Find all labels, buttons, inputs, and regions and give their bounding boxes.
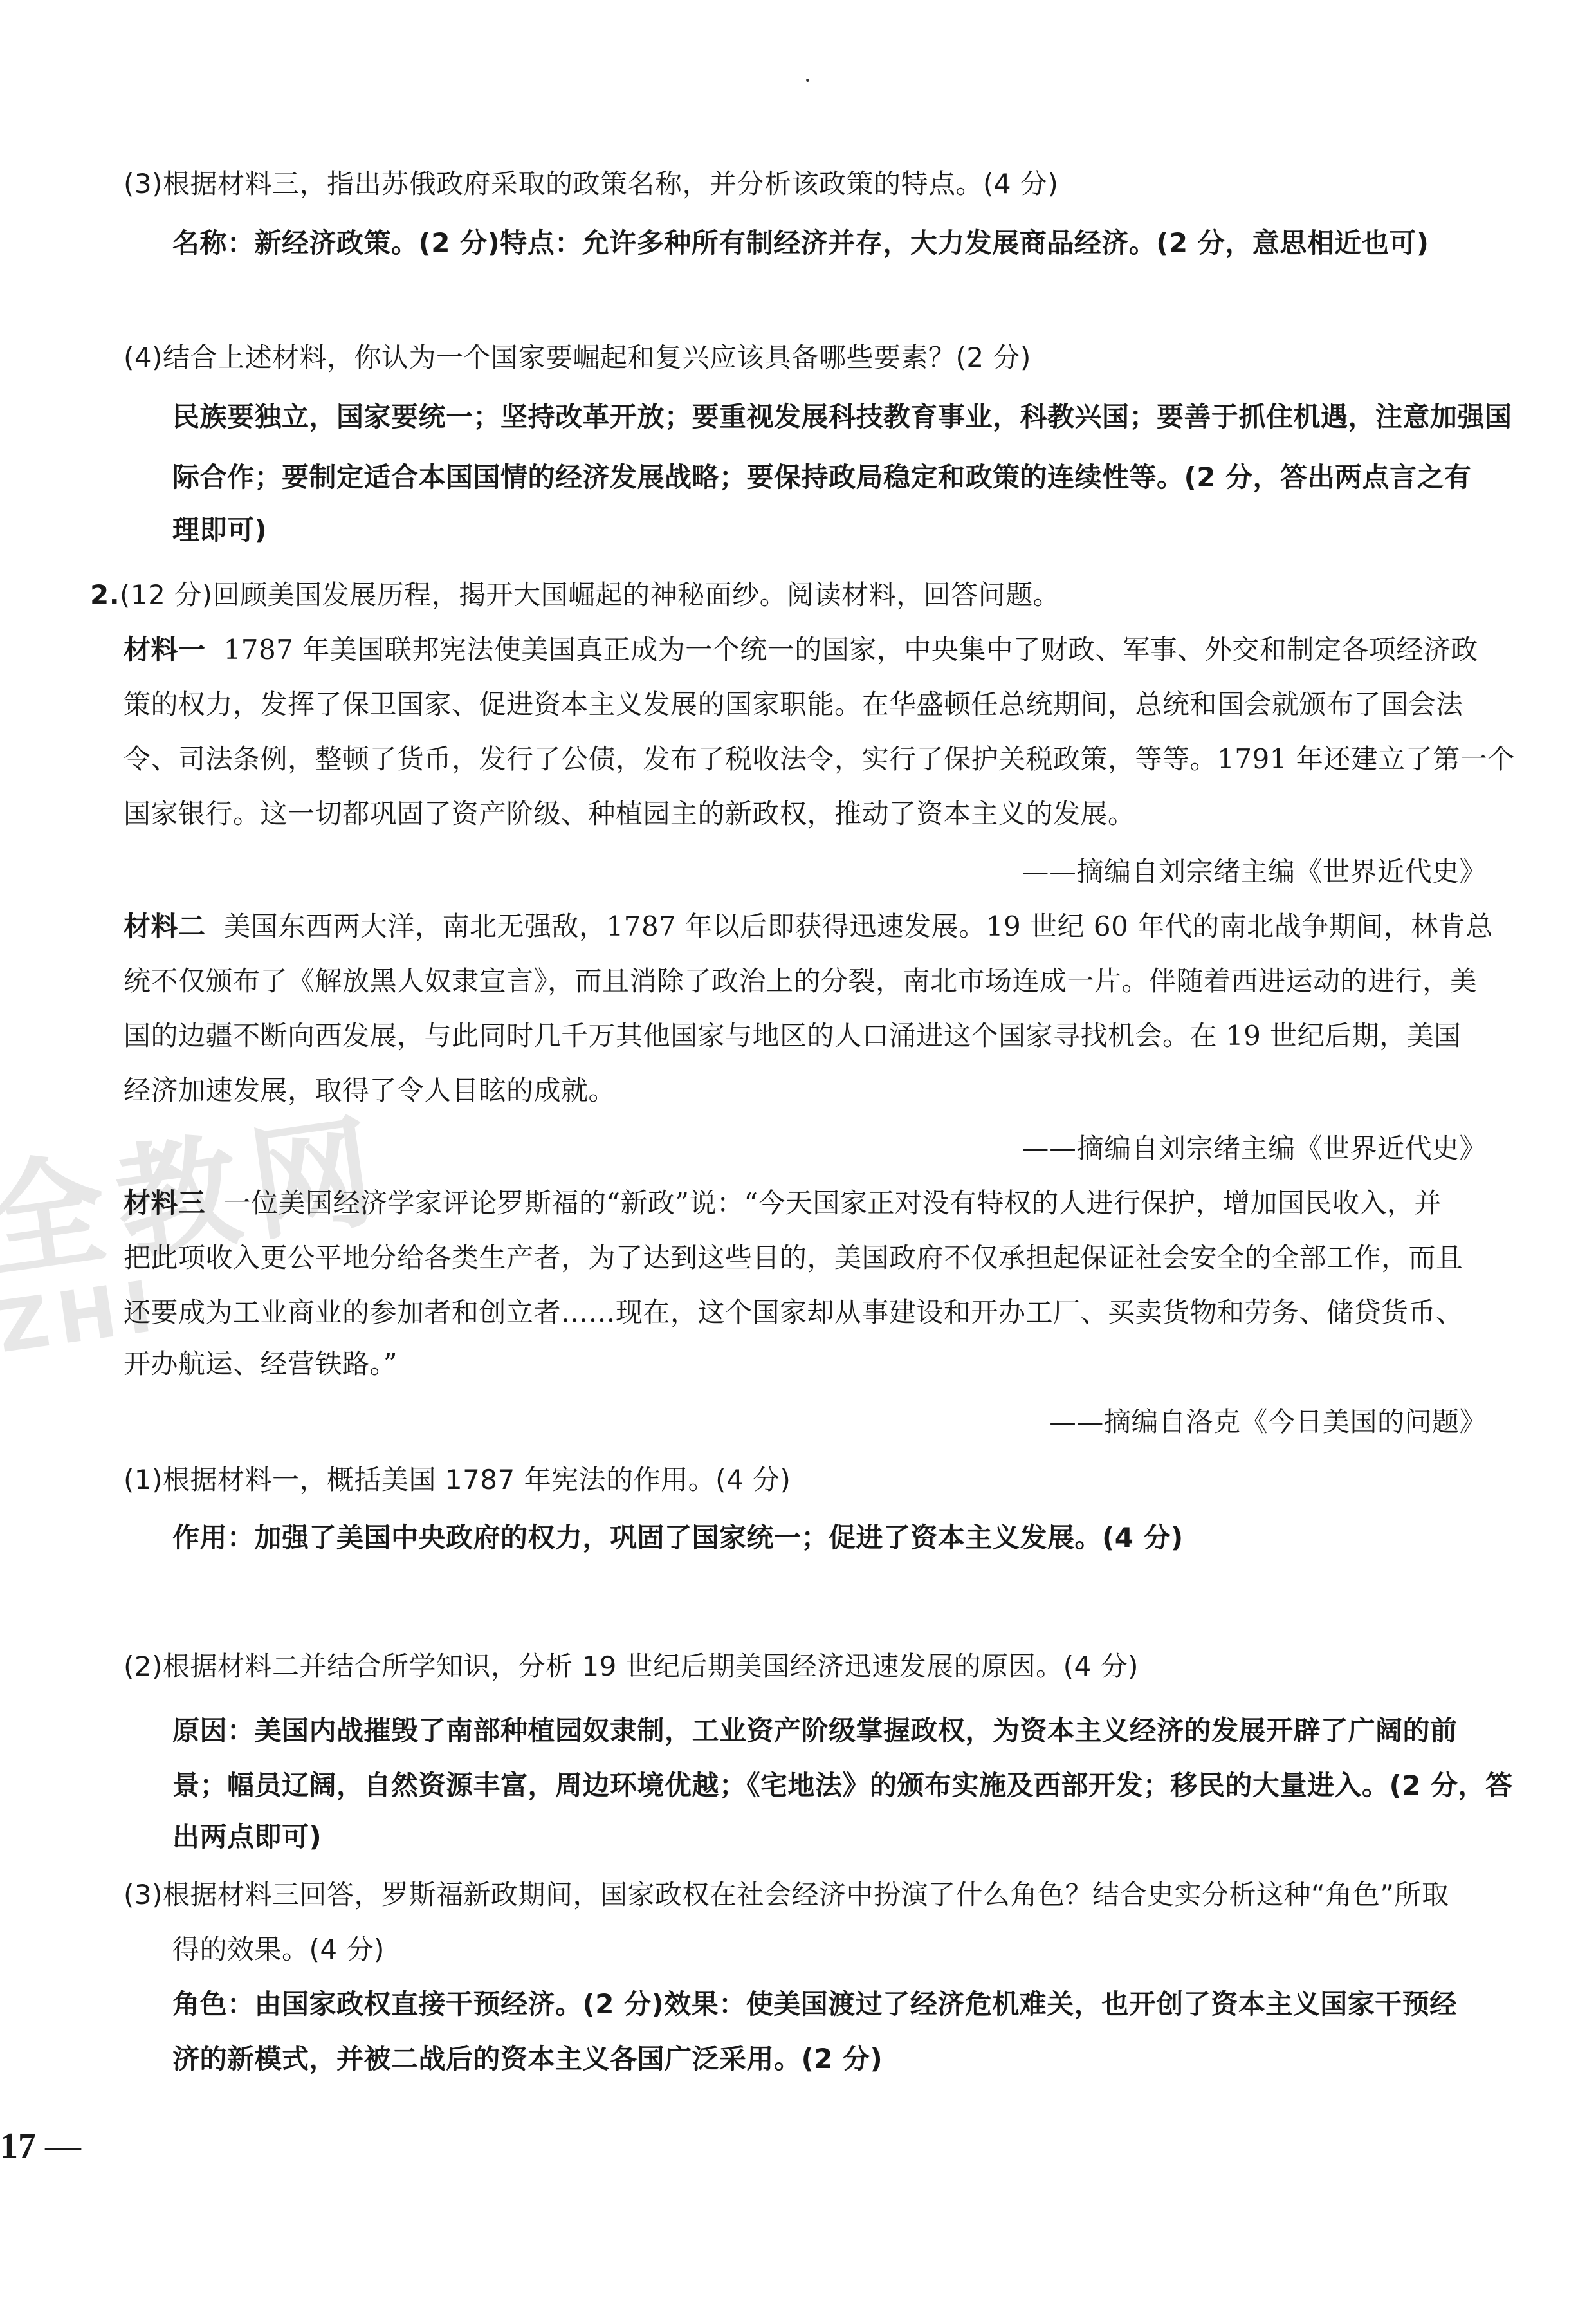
material-2-citation: ——摘编自刘宗绪主编《世界近代史》 [1022, 1131, 1487, 1167]
exam-page: 全教网 ZHI (3)根据材料三，指出苏俄政府采取的政策名称，并分析该政策的特点… [0, 0, 1596, 2310]
subquestion-3-prompt-line-1: (3)根据材料三回答，罗斯福新政期间，国家政权在社会经济中扮演了什么角色？结合史… [124, 1877, 1449, 1913]
material-1-citation: ——摘编自刘宗绪主编《世界近代史》 [1022, 854, 1487, 890]
material-1-line-4: 国家银行。这一切都巩固了资产阶级、种植园主的新政权，推动了资本主义的发展。 [124, 796, 1135, 832]
scan-dot [806, 79, 809, 82]
question-4-prompt: (4)结合上述材料，你认为一个国家要崛起和复兴应该具备哪些要素？(2 分) [124, 340, 1031, 376]
material-3-line-1: 材料三一位美国经济学家评论罗斯福的“新政”说：“今天国家正对没有特权的人进行保护… [124, 1185, 1442, 1221]
subquestion-3-answer-line-2: 济的新模式，并被二战后的资本主义各国广泛采用。(2 分) [172, 2041, 883, 2077]
material-1-line-3: 令、司法条例，整顿了货币，发行了公债，发布了税收法令，实行了保护关税政策，等等。… [124, 741, 1515, 777]
material-3-line-4: 开办航运、经营铁路。” [124, 1346, 398, 1382]
material-2-line-3: 国的边疆不断向西发展，与此同时几千万其他国家与地区的人口涌进这个国家寻找机会。在… [124, 1018, 1462, 1054]
material-2-line-2: 统不仅颁布了《解放黑人奴隶宣言》，而且消除了政治上的分裂，南北市场连成一片。伴随… [124, 963, 1477, 999]
subquestion-2-prompt: (2)根据材料二并结合所学知识，分析 19 世纪后期美国经济迅速发展的原因。(4… [124, 1649, 1139, 1685]
subquestion-1-answer: 作用：加强了美国中央政府的权力，巩固了国家统一；促进了资本主义发展。(4 分) [172, 1520, 1184, 1556]
material-3-citation: ——摘编自洛克《今日美国的问题》 [1049, 1404, 1487, 1440]
material-1-label: 材料一 [124, 634, 206, 665]
page-number: 17 — [0, 2127, 81, 2165]
question-4-answer-line-3: 理即可) [172, 512, 267, 548]
material-1-line-1: 材料一1787 年美国联邦宪法使美国真正成为一个统一的国家，中央集中了财政、军事… [124, 632, 1478, 668]
material-3-label: 材料三 [124, 1187, 206, 1219]
subquestion-1-prompt: (1)根据材料一，概括美国 1787 年宪法的作用。(4 分) [124, 1462, 791, 1498]
subquestion-2-answer-line-3: 出两点即可) [172, 1819, 322, 1855]
question-3-prompt: (3)根据材料三，指出苏俄政府采取的政策名称，并分析该政策的特点。(4 分) [124, 166, 1058, 202]
material-1-text: 1787 年美国联邦宪法使美国真正成为一个统一的国家，中央集中了财政、军事、外交… [224, 634, 1478, 665]
material-2-label: 材料二 [124, 910, 206, 942]
subquestion-2-answer-line-2: 景；幅员辽阔，自然资源丰富，周边环境优越；《宅地法》的颁布实施及西部开发；移民的… [172, 1768, 1513, 1804]
subquestion-3-answer-line-1: 角色：由国家政权直接干预经济。(2 分)效果：使美国渡过了经济危机难关，也开创了… [172, 1986, 1457, 2022]
material-2-line-4: 经济加速发展，取得了令人目眩的成就。 [124, 1073, 616, 1109]
question-4-answer-line-1: 民族要独立，国家要统一；坚持改革开放；要重视发展科技教育事业，科教兴国；要善于抓… [172, 399, 1512, 435]
material-2-line-1: 材料二美国东西两大洋，南北无强敌，1787 年以后即获得迅速发展。19 世纪 6… [124, 909, 1493, 945]
material-1-line-2: 策的权力，发挥了保卫国家、促进资本主义发展的国家职能。在华盛顿任总统期间，总统和… [124, 687, 1463, 723]
question-2-header: (12 分)回顾美国发展历程，揭开大国崛起的神秘面纱。阅读材料，回答问题。 [120, 577, 1060, 613]
material-3-line-2: 把此项收入更公平地分给各类生产者，为了达到这些目的，美国政府不仅承担起保证社会安… [124, 1240, 1463, 1276]
material-3-text: 一位美国经济学家评论罗斯福的“新政”说：“今天国家正对没有特权的人进行保护，增加… [224, 1187, 1442, 1219]
question-4-answer-line-2: 际合作；要制定适合本国国情的经济发展战略；要保持政局稳定和政策的连续性等。(2 … [172, 459, 1472, 495]
material-3-line-3: 还要成为工业商业的参加者和创立者……现在，这个国家却从事建设和开办工厂、买卖货物… [124, 1295, 1463, 1331]
subquestion-2-answer-line-1: 原因：美国内战摧毁了南部种植园奴隶制，工业资产阶级掌握政权，为资本主义经济的发展… [172, 1713, 1458, 1749]
question-3-answer: 名称：新经济政策。(2 分)特点：允许多种所有制经济并存，大力发展商品经济。(2… [172, 225, 1429, 261]
material-2-text: 美国东西两大洋，南北无强敌，1787 年以后即获得迅速发展。19 世纪 60 年… [224, 910, 1493, 942]
question-2-number: 2. [90, 577, 120, 613]
subquestion-3-prompt-line-2: 得的效果。(4 分) [172, 1932, 385, 1968]
